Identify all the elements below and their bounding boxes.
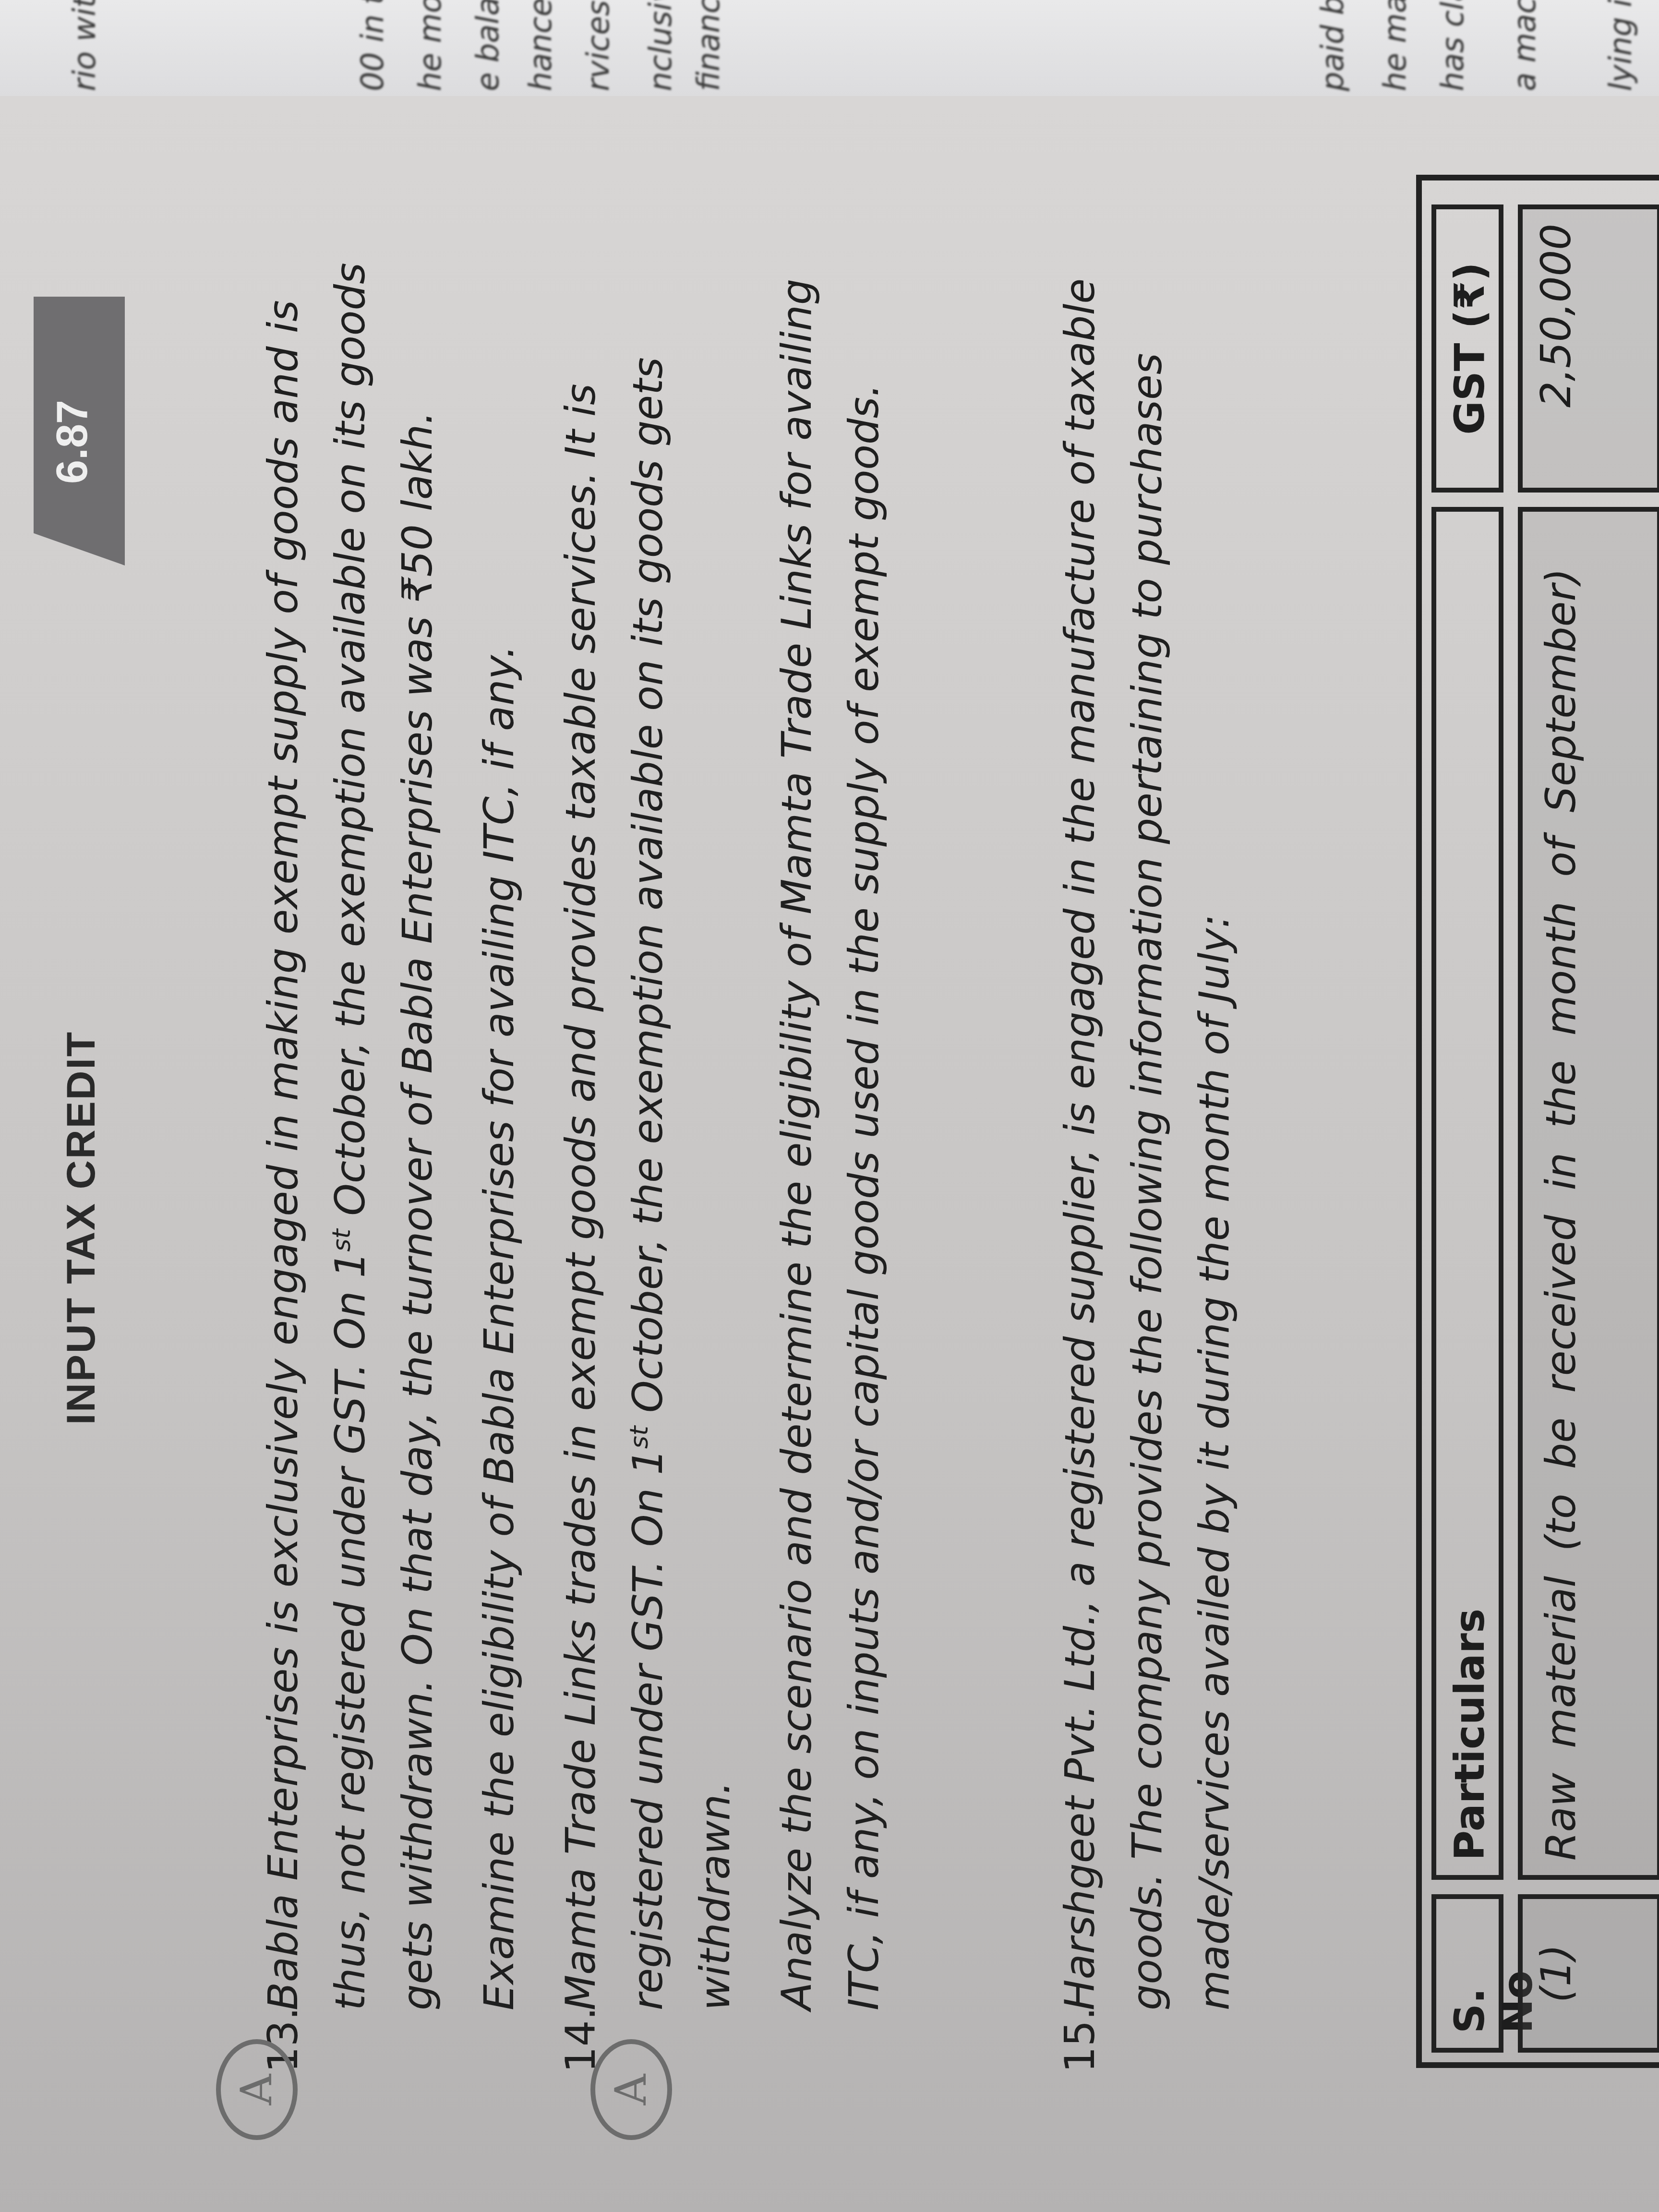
question-14: 14. Mamta Trade Links trades in exempt g… — [547, 210, 898, 2010]
table-header-particulars: Particulars — [1431, 507, 1503, 1880]
question-number: 15. — [1046, 2007, 1114, 2073]
question-prompt: Analyze the scenario and determine the e… — [763, 210, 898, 2010]
question-body: Babla Enterprises is exclusively engaged… — [250, 210, 451, 2010]
page-number: 6.87 — [48, 400, 97, 484]
question-13: 13. Babla Enterprises is exclusively eng… — [250, 210, 533, 2010]
table-header-gst: GST (₹) — [1431, 204, 1503, 493]
textbook-page: INPUT TAX CREDIT 6.87 13. Babla Enterpri… — [0, 96, 1659, 2212]
page-number-badge: 6.87 — [34, 297, 125, 565]
question-body: Mamta Trade Links trades in exempt goods… — [547, 210, 749, 2010]
handwritten-circled-annotation: A — [216, 2039, 298, 2140]
question-body: Harshgeet Pvt. Ltd., a registered suppli… — [1046, 210, 1248, 2010]
purchases-table: S. No Particulars GST (₹) (1) Raw materi… — [1416, 175, 1659, 2068]
question-prompt: Examine the eligibility of Babla Enterpr… — [466, 210, 533, 2010]
table-cell-particulars: Raw material (to be received in the mont… — [1518, 507, 1659, 1880]
table-cell-gst: 2,50,000 — [1518, 204, 1659, 493]
handwritten-circled-annotation: A — [590, 2039, 672, 2140]
question-15: 15. Harshgeet Pvt. Ltd., a registered su… — [1046, 210, 1248, 2010]
table-header-sno: S. No — [1431, 1894, 1503, 2053]
running-header: INPUT TAX CREDIT — [58, 1031, 104, 1425]
table-cell-sno: (1) — [1518, 1894, 1659, 2053]
